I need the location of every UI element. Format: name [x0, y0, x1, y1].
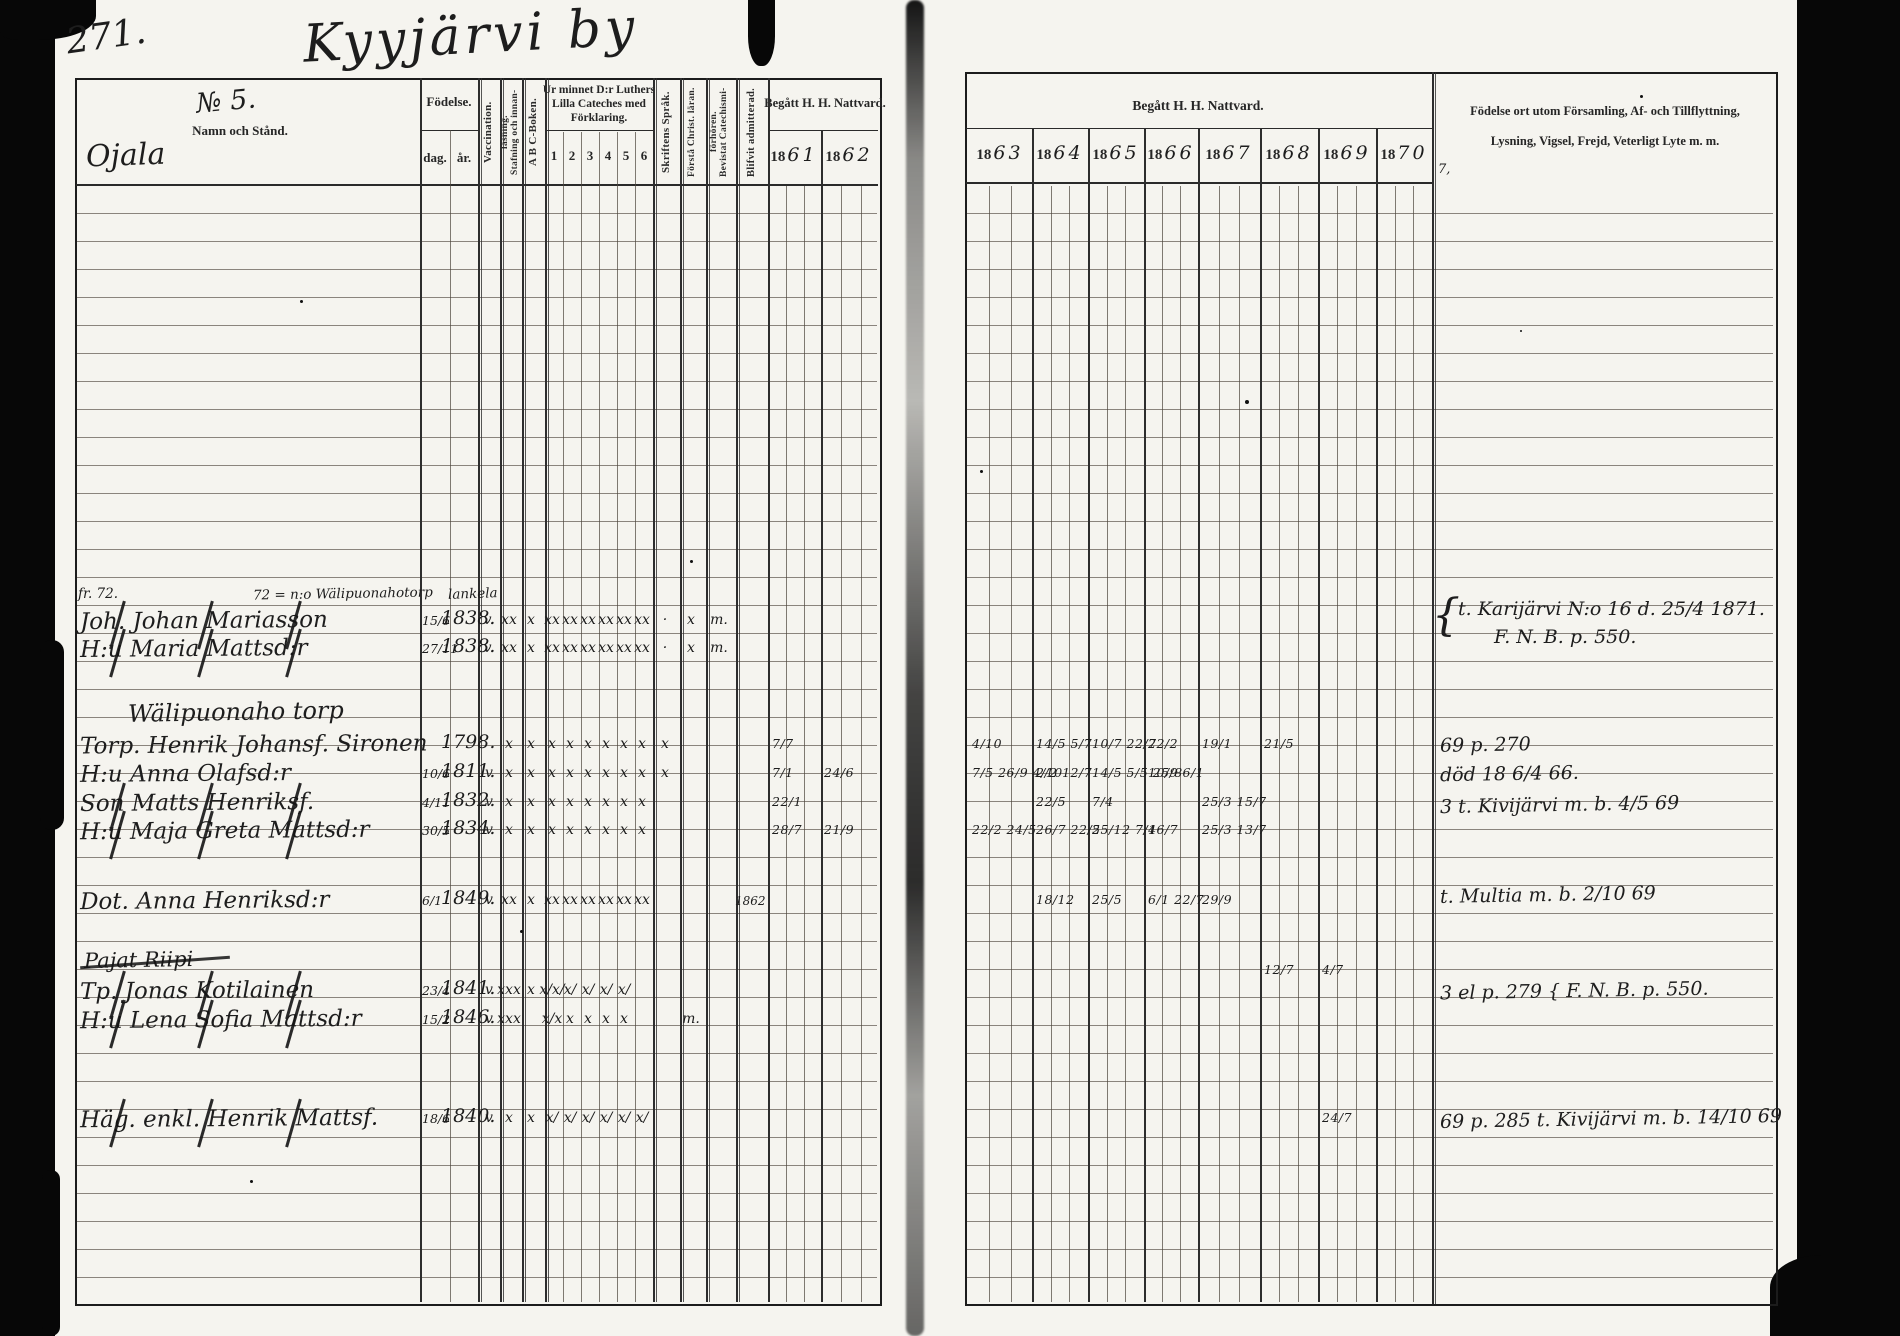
vaccination-mark: v [485, 765, 493, 781]
vaccination-mark: v [485, 1110, 493, 1126]
birth-day-header: dag. [423, 150, 446, 166]
cateches-mark: x [566, 822, 574, 838]
vaccination-mark: v. [484, 612, 495, 628]
grid-vline [804, 186, 805, 1302]
communion-date-mark: 14/5 5/7 [1036, 736, 1092, 751]
grid-vline [841, 186, 842, 1302]
grid-vline-twin [503, 78, 504, 1302]
ink-speck [980, 470, 983, 473]
communion-date-mark: 28/7 [772, 822, 802, 837]
entry-name: Torp. Henrik Johansf. Sironen [80, 730, 428, 759]
grid-vline [1144, 128, 1146, 1302]
margin-ref-note: fr. 72. [78, 586, 118, 602]
entry-name: Häg. enkl. Henrik Mattsf. [80, 1105, 378, 1134]
year-handwritten-suffix: 70 [1397, 142, 1427, 164]
christ-laran-mark: m. [682, 1011, 700, 1027]
year-printed-prefix: 18 [1323, 147, 1338, 163]
name-column-header: Namn och Stånd. [192, 123, 288, 139]
cateches-mark: xx [598, 640, 614, 656]
cateches-mark: x [548, 736, 556, 752]
nattvard-year-cell: 1869 [1323, 142, 1370, 164]
abc-mark: x [527, 982, 535, 998]
grid-vline [653, 78, 655, 1302]
cateches-mark: x [602, 736, 610, 752]
grid-vline [1260, 128, 1262, 1302]
communion-date-mark: 7/7 [772, 736, 794, 751]
cateches-mark: xx [598, 612, 614, 628]
bevistat-mark: m. [710, 612, 728, 628]
cateches-split-rule [545, 130, 653, 131]
cateches-number: 3 [587, 148, 594, 164]
grid-vline-twin [1435, 72, 1436, 1304]
cateches-mark: xx [562, 612, 578, 628]
under-year-mark: 7, [1438, 162, 1450, 177]
cateches-mark: xx [580, 612, 596, 628]
notes-brace: { [1432, 590, 1460, 641]
grid-vline [581, 132, 582, 1302]
nattvard-year-cell: 1863 [976, 142, 1023, 164]
marginal-note: död 18 6/4 66. [1440, 762, 1579, 786]
year-printed-prefix: 18 [976, 147, 991, 163]
ink-speck [1245, 400, 1249, 404]
notes-column-header-line2: Lysning, Vigsel, Frejd, Veterligt Lyte m… [1491, 134, 1720, 149]
ink-speck [1520, 330, 1522, 332]
scan-black-blob-top-center [748, 0, 775, 66]
cateches-mark: x [602, 822, 610, 838]
cateches-mark: xx [634, 640, 650, 656]
cateches-mark: x [638, 822, 646, 838]
cateches-mark: x [620, 736, 628, 752]
grid-vline [599, 132, 600, 1302]
communion-date-mark: 7/4 [1092, 794, 1114, 809]
year-printed-prefix: 18 [1205, 147, 1220, 163]
communion-date-mark: 24/7 [1322, 1110, 1352, 1125]
cateches-mark: x [566, 794, 574, 810]
year-printed-prefix: 18 [1147, 147, 1162, 163]
cateches-mark: x/x/ [539, 982, 564, 998]
cateches-mark: xx [634, 892, 650, 908]
year-printed-prefix: 18 [1092, 147, 1107, 163]
cateches-mark: x/ [600, 982, 613, 998]
year-handwritten-suffix: 61 [787, 144, 817, 166]
cateches-number: 5 [623, 148, 630, 164]
abc-mark: x [527, 612, 535, 628]
blifvit-admitterad-column-header: Blifvit admitterad. [746, 82, 757, 182]
nattvard-year-cell: 1862 [825, 144, 872, 166]
grid-vline [1239, 186, 1240, 1302]
cateches-mark: x [548, 794, 556, 810]
birth-column-header: Födelse. [426, 94, 471, 110]
grid-vline [821, 130, 823, 1302]
nattvard-year-cell: 1865 [1092, 142, 1139, 164]
grid-vline [635, 132, 636, 1302]
year-handwritten-suffix: 66 [1164, 142, 1194, 164]
year-handwritten-suffix: 67 [1222, 142, 1252, 164]
sprak-mark: · [663, 612, 667, 628]
scan-black-margin-right [1797, 0, 1900, 1336]
communion-date-mark: 6/1 22/7 [1148, 892, 1204, 907]
grid-vline [1395, 186, 1396, 1302]
cateches-mark: x/ [582, 982, 595, 998]
grid-vline [563, 132, 564, 1302]
communion-date-mark: 10/9 6/1 [1148, 765, 1204, 780]
grid-vline [1356, 186, 1357, 1302]
cateches-mark: x [548, 822, 556, 838]
bevistat-column-header-1: Bevistat Catechismi- [719, 82, 729, 182]
cateches-header-line3: Förklaring. [571, 112, 628, 124]
bevistat-column-header-2: förhören. [709, 82, 719, 182]
year-handwritten-suffix: 65 [1109, 142, 1139, 164]
communion-date-mark: 10/7 22/7 [1092, 736, 1157, 751]
vaccination-mark: v [485, 892, 493, 908]
cateches-mark: x [566, 1011, 574, 1027]
communion-date-mark: 26/7 22/5 [1036, 822, 1101, 837]
cateches-mark: xx [598, 892, 614, 908]
communion-date-mark: 22/5 [1036, 794, 1066, 809]
nattvard-year-cell: 1861 [770, 144, 817, 166]
grid-vline [680, 78, 682, 1302]
ink-speck [250, 1180, 253, 1183]
marginal-note: 3 el p. 279 { F. N. B. p. 550. [1440, 978, 1709, 1005]
grid-vline-twin [709, 78, 710, 1302]
grid-vline [1337, 186, 1338, 1302]
sprak-mark: x [661, 736, 669, 752]
right-nattvard-header: Begått H. H. Nattvard. [1132, 98, 1263, 114]
marginal-note: t. Multia m. b. 2/10 69 [1440, 882, 1656, 908]
year-printed-prefix: 18 [770, 149, 785, 165]
stafning-mark: x [505, 822, 513, 838]
grid-vline [768, 78, 770, 1302]
year-handwritten-suffix: 69 [1340, 142, 1370, 164]
grid-vline [1198, 128, 1200, 1302]
household-no: № 5. [195, 83, 257, 119]
cateches-header-line1: Ur minnet D:r Luthers [543, 84, 655, 96]
christ-laran-mark: x [687, 612, 695, 628]
cateches-mark: x [602, 794, 610, 810]
abc-mark: x [527, 1110, 535, 1126]
scan-black-blob-left-bottom [42, 1170, 60, 1336]
year-handwritten-suffix: 64 [1053, 142, 1083, 164]
cateches-mark: x [584, 822, 592, 838]
grid-vline [500, 78, 502, 1302]
abc-mark: x [527, 765, 535, 781]
communion-date-mark: 7/1 [772, 765, 794, 780]
sprak-mark: x [661, 765, 669, 781]
cateches-mark: x [584, 1011, 592, 1027]
grid-vline [1011, 186, 1012, 1302]
cateches-mark: x [584, 794, 592, 810]
ink-speck [300, 300, 303, 303]
stafning-mark: x [505, 736, 513, 752]
cateches-mark: x/ [618, 1110, 631, 1126]
abc-mark: x [527, 892, 535, 908]
grid-vline-twin [656, 78, 657, 1302]
stafning-mark: x [505, 765, 513, 781]
year-printed-prefix: 18 [1265, 147, 1280, 163]
communion-date-mark: 25/3 15/7 [1202, 794, 1267, 809]
scan-black-corner-bottomright [1770, 1255, 1900, 1336]
group-heading: Wälipuonaho torp [128, 696, 344, 728]
year-printed-prefix: 18 [1036, 147, 1051, 163]
name-area-note: 72 = n:o Wälipuonahotorp [253, 584, 433, 603]
grid-vline [617, 132, 618, 1302]
bevistat-mark: m. [710, 640, 728, 656]
christ-laran-mark: x [687, 640, 695, 656]
vaccination-mark: v [485, 982, 493, 998]
cateches-mark: x [620, 822, 628, 838]
vaccination-mark: v [485, 1011, 493, 1027]
village-name-script: Ojala [85, 137, 165, 175]
forsta-christ-laran-column-header: Förstå Christ. läran. [687, 82, 697, 182]
cateches-mark: x/ [636, 1110, 649, 1126]
marginal-note: 69 p. 270 [1440, 733, 1531, 757]
grid-vline [736, 78, 738, 1302]
communion-date-mark: 4/7 [1322, 962, 1344, 977]
cateches-mark: x [638, 736, 646, 752]
cateches-mark: x [584, 765, 592, 781]
nattvard-year-cell: 1864 [1036, 142, 1083, 164]
abc-mark: x [527, 640, 535, 656]
cateches-mark: x/x [542, 1011, 563, 1027]
communion-date-mark: 29/9 [1202, 892, 1232, 907]
year-handwritten-suffix: 68 [1282, 142, 1312, 164]
nattvard-year-cell: 1866 [1147, 142, 1194, 164]
cateches-mark: xx [562, 640, 578, 656]
cateches-mark: xx [616, 612, 632, 628]
cateches-mark: xx [544, 640, 560, 656]
grid-vline [1318, 128, 1320, 1302]
grid-vline [1413, 186, 1414, 1302]
stafning-mark: x [505, 1110, 513, 1126]
skriftens-sprak-column-header: Skriftens Språk. [660, 82, 672, 182]
cateches-mark: x/ [546, 1110, 559, 1126]
cateches-mark: x/ [600, 1110, 613, 1126]
birth-day-fraction: 6/1 [422, 893, 442, 908]
cateches-header-line2: Lilla Cateches med [552, 98, 646, 110]
abc-mark: x [527, 794, 535, 810]
scanned-church-record-page: 271. Kyyjärvi by № 5. Namn och Stånd. Oj… [0, 0, 1900, 1336]
stafning-mark: xx [501, 892, 517, 908]
birth-area-note: lankela [448, 585, 498, 603]
communion-date-mark: 25/12 7/4 [1092, 822, 1157, 837]
communion-date-mark: 21/9 [824, 822, 854, 837]
stafning-mark: xxx [497, 982, 521, 998]
cateches-mark: x [584, 736, 592, 752]
entry-name: H:u Maja Greta Mattsd:r [80, 817, 370, 846]
grid-vline [522, 78, 524, 1302]
cateches-mark: x [638, 794, 646, 810]
vaccination-mark: v [485, 794, 493, 810]
birth-year-header: år. [457, 150, 471, 166]
note-text-line: t. Karijärvi N:o 16 d. 25/4 1871. [1458, 598, 1765, 620]
communion-date-mark: 21/5 [1264, 736, 1294, 751]
cateches-mark: x/ [618, 982, 631, 998]
cateches-number: 4 [605, 148, 612, 164]
cateches-mark: xx [544, 892, 560, 908]
grid-vline [1376, 128, 1378, 1302]
vaccination-mark: v. [484, 640, 495, 656]
nattvard-year-note: 1862 [735, 894, 766, 908]
cateches-number: 6 [641, 148, 648, 164]
communion-date-mark: 19/1 [1202, 736, 1232, 751]
nattvard-year-cell: 1870 [1380, 142, 1427, 164]
stafning-mark: xx [501, 612, 517, 628]
grid-vline [1032, 128, 1034, 1302]
cateches-mark: xx [562, 892, 578, 908]
cateches-mark: x [620, 1011, 628, 1027]
cateches-mark: x [620, 794, 628, 810]
fodelse-split-rule [420, 130, 478, 131]
communion-date-mark: 22/1 [772, 794, 802, 809]
communion-date-mark: 2/2 12/7 [1036, 765, 1092, 780]
communion-date-mark: 22/2 [1148, 736, 1178, 751]
cateches-mark: x/ [582, 1110, 595, 1126]
stafning-mark: xxx [497, 1011, 521, 1027]
cateches-mark: x [620, 765, 628, 781]
cateches-mark: xx [544, 612, 560, 628]
cateches-mark: x [638, 765, 646, 781]
communion-date-mark: 12/7 [1264, 962, 1294, 977]
year-handwritten-suffix: 63 [993, 142, 1023, 164]
grid-vline-twin [683, 78, 684, 1302]
cateches-mark: xx [580, 640, 596, 656]
communion-date-mark: 16/7 [1148, 822, 1178, 837]
marginal-note: 3 t. Kivijärvi m. b. 4/5 69 [1440, 792, 1680, 818]
grid-vline-twin [739, 78, 740, 1302]
cateches-mark: x [548, 765, 556, 781]
communion-date-mark: 18/12 [1036, 892, 1075, 907]
cateches-mark: xx [580, 892, 596, 908]
grid-vline-twin [525, 78, 526, 1302]
year-handwritten-suffix: 62 [842, 144, 872, 166]
year-printed-prefix: 18 [825, 149, 840, 165]
communion-date-mark: 25/5 [1092, 892, 1122, 907]
entry-name: H:u Anna Olafsd:r [80, 760, 291, 788]
grid-vline [1088, 128, 1090, 1302]
communion-date-mark: 25/3 13/7 [1202, 822, 1267, 837]
cateches-number: 2 [569, 148, 576, 164]
abc-book-column-header: A B C-Boken. [527, 82, 539, 182]
grid-vline [1432, 72, 1434, 1304]
communion-date-mark: 24/6 [824, 765, 854, 780]
vaccination-mark: v [485, 822, 493, 838]
page-gutter-shadow [906, 0, 924, 1336]
stafning-column-header-1: Stafning och innan- [510, 82, 520, 182]
vaccination-column-header: Vaccination. [482, 82, 494, 182]
cateches-mark: x/ [564, 1110, 577, 1126]
communion-date-mark: 22/2 24/5 [972, 822, 1037, 837]
note-text-line: F. N. B. p. 550. [1494, 626, 1636, 648]
cateches-number: 1 [551, 148, 558, 164]
cateches-mark: xx [616, 640, 632, 656]
nattvard-year-cell: 1867 [1205, 142, 1252, 164]
birth-year: 1798. [441, 731, 495, 753]
cateches-mark: x [602, 765, 610, 781]
stafning-mark: x [505, 794, 513, 810]
grid-vline [706, 78, 708, 1302]
ink-speck [520, 930, 523, 933]
cateches-mark: x [566, 765, 574, 781]
left-nattvard-header: Begått H. H. Nattvard. [764, 96, 886, 111]
cateches-mark: x/ [564, 982, 577, 998]
grid-vline [861, 186, 862, 1302]
abc-mark: x [527, 822, 535, 838]
scan-black-blob-left-mid [40, 640, 64, 830]
communion-date-mark: 4/10 [972, 736, 1002, 751]
abc-mark: x [527, 736, 535, 752]
cateches-mark: xx [634, 612, 650, 628]
grid-vline [1180, 186, 1181, 1302]
cateches-mark: x [602, 1011, 610, 1027]
notes-column-header-line1: Födelse ort utom Församling, Af- och Til… [1470, 104, 1740, 119]
stafning-mark: xx [501, 640, 517, 656]
left-nattvard-split-rule [768, 130, 878, 131]
ink-speck [690, 560, 693, 563]
ink-speck [1640, 95, 1643, 98]
nattvard-year-cell: 1868 [1265, 142, 1312, 164]
entry-name: Dot. Anna Henriksd:r [80, 887, 330, 915]
cateches-mark: xx [616, 892, 632, 908]
grid-vline [1298, 186, 1299, 1302]
sprak-mark: · [663, 640, 667, 656]
year-printed-prefix: 18 [1380, 147, 1395, 163]
cateches-mark: x [566, 736, 574, 752]
